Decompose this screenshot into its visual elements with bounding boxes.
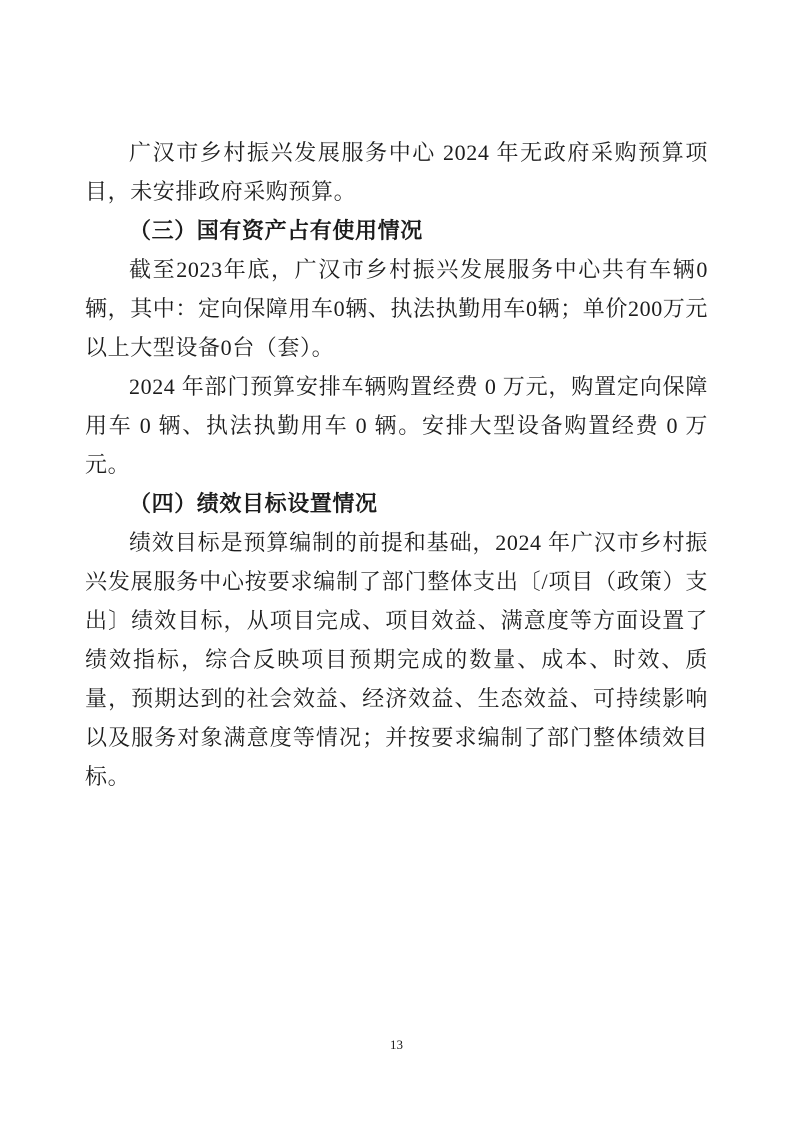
page-content: 广汉市乡村振兴发展服务中心 2024 年无政府采购预算项目，未安排政府采购预算。… (85, 133, 708, 796)
page-number: 13 (0, 1036, 793, 1054)
document-page: 广汉市乡村振兴发展服务中心 2024 年无政府采购预算项目，未安排政府采购预算。… (0, 0, 793, 1122)
body-paragraph: 广汉市乡村振兴发展服务中心 2024 年无政府采购预算项目，未安排政府采购预算。 (85, 133, 708, 211)
body-paragraph: 2024 年部门预算安排车辆购置经费 0 万元，购置定向保障用车 0 辆、执法执… (85, 367, 708, 484)
section-heading: （四）绩效目标设置情况 (85, 484, 708, 523)
body-paragraph: 绩效目标是预算编制的前提和基础，2024 年广汉市乡村振兴发展服务中心按要求编制… (85, 523, 708, 796)
body-paragraph: 截至2023年底，广汉市乡村振兴发展服务中心共有车辆0辆，其中：定向保障用车0辆… (85, 250, 708, 367)
section-heading: （三）国有资产占有使用情况 (85, 211, 708, 250)
